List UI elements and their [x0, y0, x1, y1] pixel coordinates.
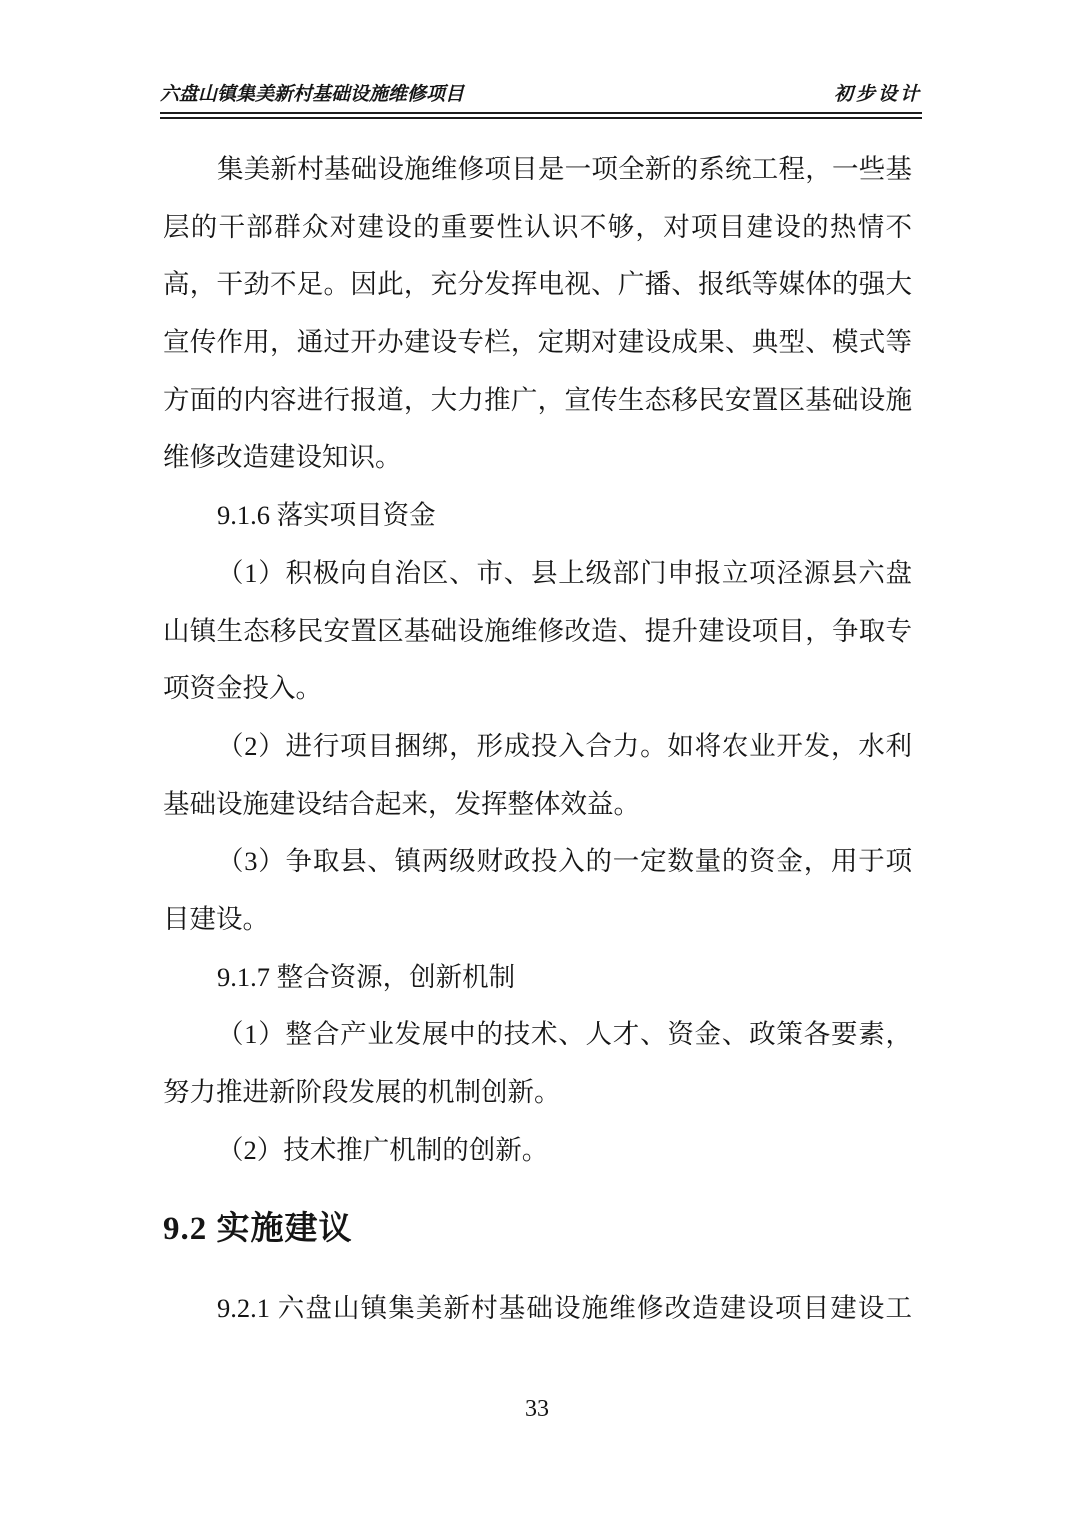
text-line: （2）进行项目捆绑，形成投入合力。如将农业开发，水利	[163, 718, 912, 776]
subsection-title: 9.1.7 整合资源，创新机制	[163, 949, 912, 1007]
text-line: 努力推进新阶段发展的机制创新。	[163, 1064, 912, 1122]
page-number: 33	[0, 1396, 1074, 1423]
header-row: 六盘山镇集美新村基础设施维修项目 初步设计	[160, 82, 922, 108]
text-line: （3）争取县、镇两级财政投入的一定数量的资金，用于项	[163, 833, 912, 891]
text-line: 高，干劲不足。因此，充分发挥电视、广播、报纸等媒体的强大	[163, 256, 912, 314]
text-line: 集美新村基础设施维修项目是一项全新的系统工程，一些基	[163, 141, 912, 199]
text-line: 基础设施建设结合起来，发挥整体效益。	[163, 776, 912, 834]
text-line: 山镇生态移民安置区基础设施维修改造、提升建设项目，争取专	[163, 603, 912, 661]
text-line: （1）积极向自治区、市、县上级部门申报立项泾源县六盘	[163, 545, 912, 603]
text-line: 层的干部群众对建设的重要性认识不够，对项目建设的热情不	[163, 199, 912, 257]
document-page: 六盘山镇集美新村基础设施维修项目 初步设计 集美新村基础设施维修项目是一项全新的…	[0, 0, 1074, 1520]
text-line: 维修改造建设知识。	[163, 429, 912, 487]
text-line: 9.2.1 六盘山镇集美新村基础设施维修改造建设项目建设工	[163, 1280, 912, 1338]
subsection-title: 9.1.6 落实项目资金	[163, 487, 912, 545]
text-line: （1）整合产业发展中的技术、人才、资金、政策各要素，	[163, 1006, 912, 1064]
text-line: 方面的内容进行报道，大力推广，宣传生态移民安置区基础设施	[163, 372, 912, 430]
header-rule	[160, 112, 922, 119]
page-header: 六盘山镇集美新村基础设施维修项目 初步设计	[160, 82, 922, 119]
section-heading: 9.2 实施建议	[163, 1191, 912, 1267]
header-label: 初步设计	[834, 82, 922, 108]
header-title: 六盘山镇集美新村基础设施维修项目	[160, 82, 464, 108]
text-line: 宣传作用，通过开办建设专栏，定期对建设成果、典型、模式等	[163, 314, 912, 372]
text-line: 目建设。	[163, 891, 912, 949]
document-body: 集美新村基础设施维修项目是一项全新的系统工程，一些基 层的干部群众对建设的重要性…	[163, 141, 912, 1338]
text-line: （2）技术推广机制的创新。	[163, 1122, 912, 1180]
text-line: 项资金投入。	[163, 660, 912, 718]
